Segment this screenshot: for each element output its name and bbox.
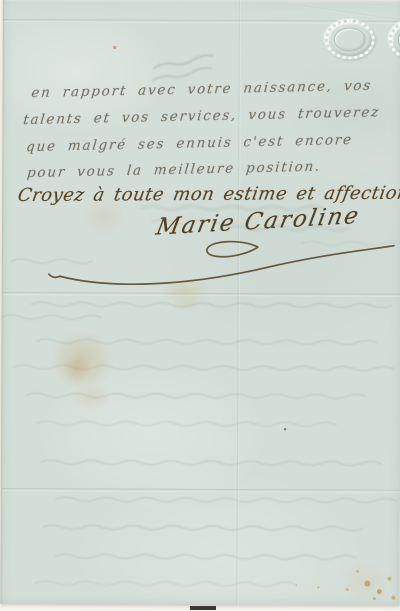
bottom-edge-dark-mark — [190, 606, 216, 610]
ink-speck — [284, 428, 286, 430]
paper-sheet: en rapport avec votre naissance, vos tal… — [0, 0, 400, 606]
scanned-letter-page: { "letter": { "body_lines": [ "en rappor… — [0, 0, 400, 611]
foxing-spots — [111, 46, 398, 600]
signature-flourish-tail — [49, 274, 60, 277]
signature-flourish — [60, 244, 394, 285]
signature-flourish-loop — [207, 241, 258, 256]
ink-overlay — [0, 0, 400, 606]
